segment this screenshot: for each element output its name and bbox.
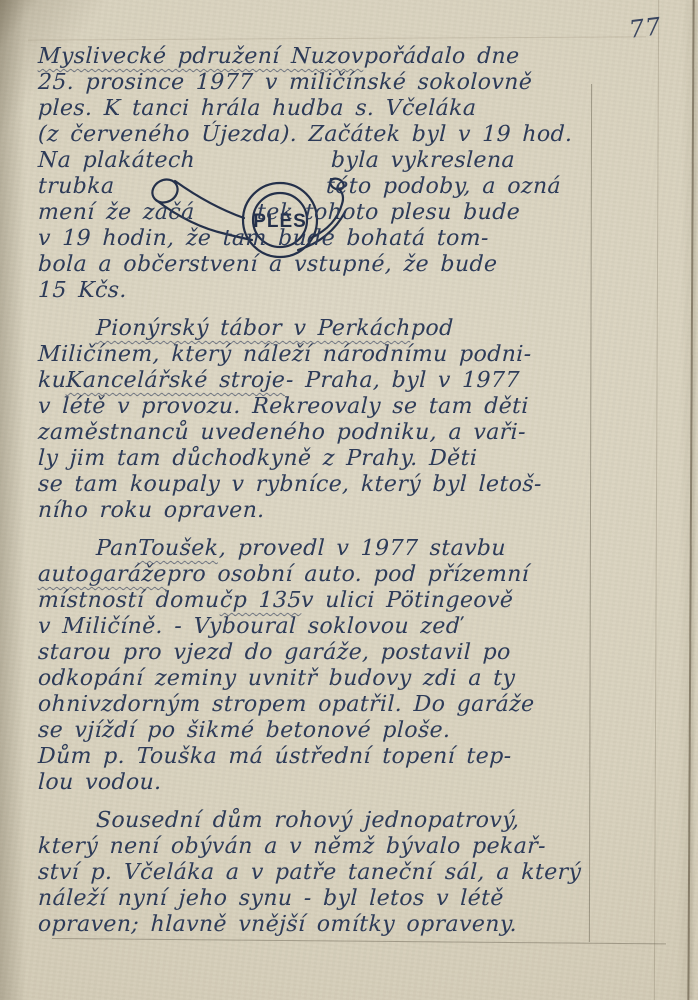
paragraph-sousedni-dum-entry: Sousední dům rohový jednopatrový,který n… [38, 808, 594, 938]
text-line: bola a občerstvení a vstupné, že bude [38, 252, 594, 278]
underlined-text-segment: Pionýrský tábor v Perkách [96, 316, 412, 342]
text-gap [114, 192, 326, 193]
text-line: lou vodou. [38, 770, 594, 796]
text-segment: ples. K tanci hrála hudba s. Včeláka [38, 96, 477, 122]
text-segment: Na plakátech [38, 148, 196, 174]
text-segment: lou vodou. [38, 770, 163, 796]
text-line: se tam koupaly v rybníce, který byl leto… [38, 472, 594, 498]
text-gap [38, 554, 96, 555]
text-segment: Dům p. Touška má ústřední topení tep- [38, 744, 512, 770]
text-segment: náleží nyní jeho synu - byl letos v létě [38, 886, 505, 912]
text-segment: v 19 hodin, že tam bude bohatá tom- [38, 226, 490, 252]
text-segment: byla vykreslena [331, 148, 516, 174]
text-segment: Pan [96, 536, 139, 562]
text-line: Miličínem, který náleží národnímu podni- [38, 342, 594, 368]
text-line: místností domu čp 135 v ulici Pötingeově [38, 588, 594, 614]
text-line: 15 Kčs. [38, 278, 594, 304]
text-line: trubkatéto podoby, a ozná [38, 174, 594, 200]
text-segment: mení že začá [38, 200, 196, 226]
paragraph-pionyrsky-tabor-entry: Pionýrský tábor v Perkách podMiličínem, … [38, 316, 594, 524]
text-line: Na plakátechbyla vykreslena [38, 148, 594, 174]
text-segment: pod [410, 316, 454, 342]
text-segment: který není obýván a v němž bývalo pekař- [38, 834, 547, 860]
text-line: ohnivzdorným stropem opatřil. Do garáže [38, 692, 594, 718]
paragraph-ples-entry: Myslivecké pdružení Nuzov pořádalo dne25… [38, 44, 594, 304]
text-segment: zaměstnanců uvedeného podniku, a vaři- [38, 420, 527, 446]
text-line: Myslivecké pdružení Nuzov pořádalo dne [38, 44, 594, 70]
text-segment: této podoby, a ozná [326, 174, 562, 200]
text-segment: pro osobní auto. pod přízemní [166, 562, 529, 588]
text-segment: tek tohoto plesu bude [256, 200, 520, 226]
text-line: ples. K tanci hrála hudba s. Včeláka [38, 96, 594, 122]
text-line: ku Kancelářské stroje - Praha, byl v 197… [38, 368, 594, 394]
underlined-text-segment: čp 135 [219, 588, 302, 614]
text-line: opraven; hlavně vnější omítky opraveny. [38, 912, 594, 938]
text-segment: v létě v provozu. Rekreovaly se tam děti [38, 394, 530, 420]
text-line: Dům p. Touška má ústřední topení tep- [38, 744, 594, 770]
text-line: náleží nyní jeho synu - byl letos v létě [38, 886, 594, 912]
text-line: autogaráže pro osobní auto. pod přízemní [38, 562, 594, 588]
text-segment: místností domu [38, 588, 220, 614]
text-line: ství p. Včeláka a v patře taneční sál, a… [38, 860, 594, 886]
underlined-text-segment: autogaráže [38, 562, 168, 588]
text-line: Pionýrský tábor v Perkách pod [38, 316, 594, 342]
manuscript-text: PLES Myslivecké pdružení Nuzov pořádalo … [38, 44, 594, 938]
text-line: ly jim tam důchodkyně z Prahy. Děti [38, 446, 594, 472]
text-line: v Miličíně. - Vyboural soklovou zeď [38, 614, 594, 640]
text-line: zaměstnanců uvedeného podniku, a vaři- [38, 420, 594, 446]
text-line: mení že začátek tohoto plesu bude [38, 200, 594, 226]
text-segment: , provedl v 1977 stavbu [218, 536, 506, 562]
text-line: Sousední dům rohový jednopatrový, [38, 808, 594, 834]
text-line: starou pro vjezd do garáže, postavil po [38, 640, 594, 666]
text-line: (z červeného Újezda). Začátek byl v 19 h… [38, 122, 594, 148]
left-edge-shadow [0, 0, 26, 1000]
text-line: Pan Toušek, provedl v 1977 stavbu [38, 536, 594, 562]
text-segment: ku [38, 368, 67, 394]
text-gap [195, 218, 257, 219]
text-gap [38, 334, 96, 335]
text-segment: - Praha, byl v 1977 [285, 368, 520, 394]
text-segment: ství p. Včeláka a v patře taneční sál, a… [38, 860, 582, 886]
paragraph-tousek-garaz-entry: Pan Toušek, provedl v 1977 stavbuautogar… [38, 536, 594, 796]
text-segment: v ulici Pötingeově [301, 588, 514, 614]
text-line: odkopání zeminy uvnitř budovy zdi a ty [38, 666, 594, 692]
text-segment: odkopání zeminy uvnitř budovy zdi a ty [38, 666, 516, 692]
text-line: ního roku opraven. [38, 498, 594, 524]
underlined-text-segment: Toušek [138, 536, 219, 562]
text-segment: Miličínem, který náleží národnímu podni- [38, 342, 532, 368]
text-line: v létě v provozu. Rekreovaly se tam děti [38, 394, 594, 420]
text-line: v 19 hodin, že tam bude bohatá tom- [38, 226, 594, 252]
text-segment: pořádalo dne [363, 44, 519, 70]
text-gap [38, 826, 96, 827]
text-segment: starou pro vjezd do garáže, postavil po [38, 640, 512, 666]
text-segment: opraven; hlavně vnější omítky opraveny. [38, 912, 518, 938]
text-line: 25. prosince 1977 v miličínské sokolovně [38, 70, 594, 96]
text-segment: ohnivzdorným stropem opatřil. Do garáže [38, 692, 535, 718]
text-gap [195, 166, 331, 167]
underlined-text-segment: Myslivecké pdružení Nuzov [38, 44, 365, 70]
text-segment: v Miličíně. - Vyboural soklovou zeď [38, 614, 461, 640]
page-number: 77 [628, 12, 664, 44]
text-segment: ního roku opraven. [38, 498, 266, 524]
text-line: který není obýván a v němž bývalo pekař- [38, 834, 594, 860]
text-segment: trubka [38, 174, 115, 200]
text-segment: 15 Kčs. [38, 278, 128, 304]
text-line: se vjíždí po šikmé betonové ploše. [38, 718, 594, 744]
text-segment: 25. prosince 1977 v miličínské sokolovně [38, 70, 533, 96]
text-segment: ly jim tam důchodkyně z Prahy. Děti [38, 446, 478, 472]
text-segment: Sousední dům rohový jednopatrový, [96, 808, 520, 834]
text-segment: bola a občerstvení a vstupné, že bude [38, 252, 498, 278]
text-segment: se vjíždí po šikmé betonové ploše. [38, 718, 451, 744]
text-segment: se tam koupaly v rybníce, který byl leto… [38, 472, 543, 498]
text-segment: (z červeného Újezda). Začátek byl v 19 h… [38, 122, 573, 148]
underlined-text-segment: Kancelářské stroje [66, 368, 286, 394]
